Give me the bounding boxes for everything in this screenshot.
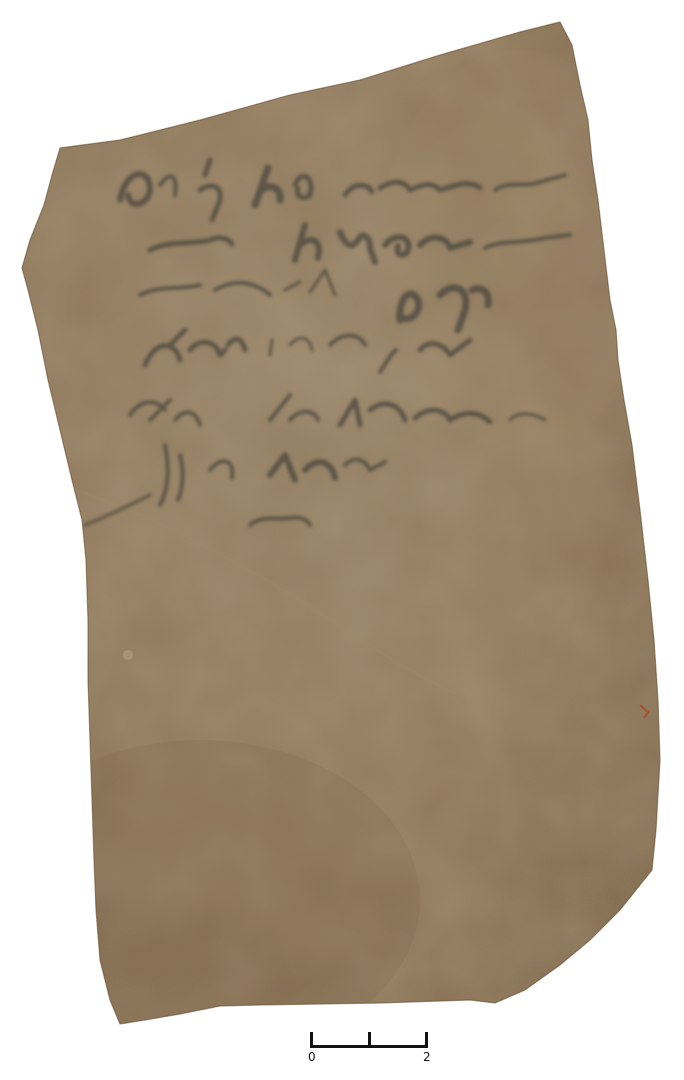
scale-label-start: 0 (308, 1050, 316, 1064)
scale-tick-1 (368, 1032, 371, 1048)
scale-bar: 0 2 (308, 1032, 430, 1072)
pottery-sherd (0, 0, 684, 1080)
ostracon-photo: 0 2 (0, 0, 684, 1080)
scale-tick-0 (310, 1032, 313, 1048)
scale-tick-2 (425, 1032, 428, 1048)
scale-label-end: 2 (423, 1050, 431, 1064)
